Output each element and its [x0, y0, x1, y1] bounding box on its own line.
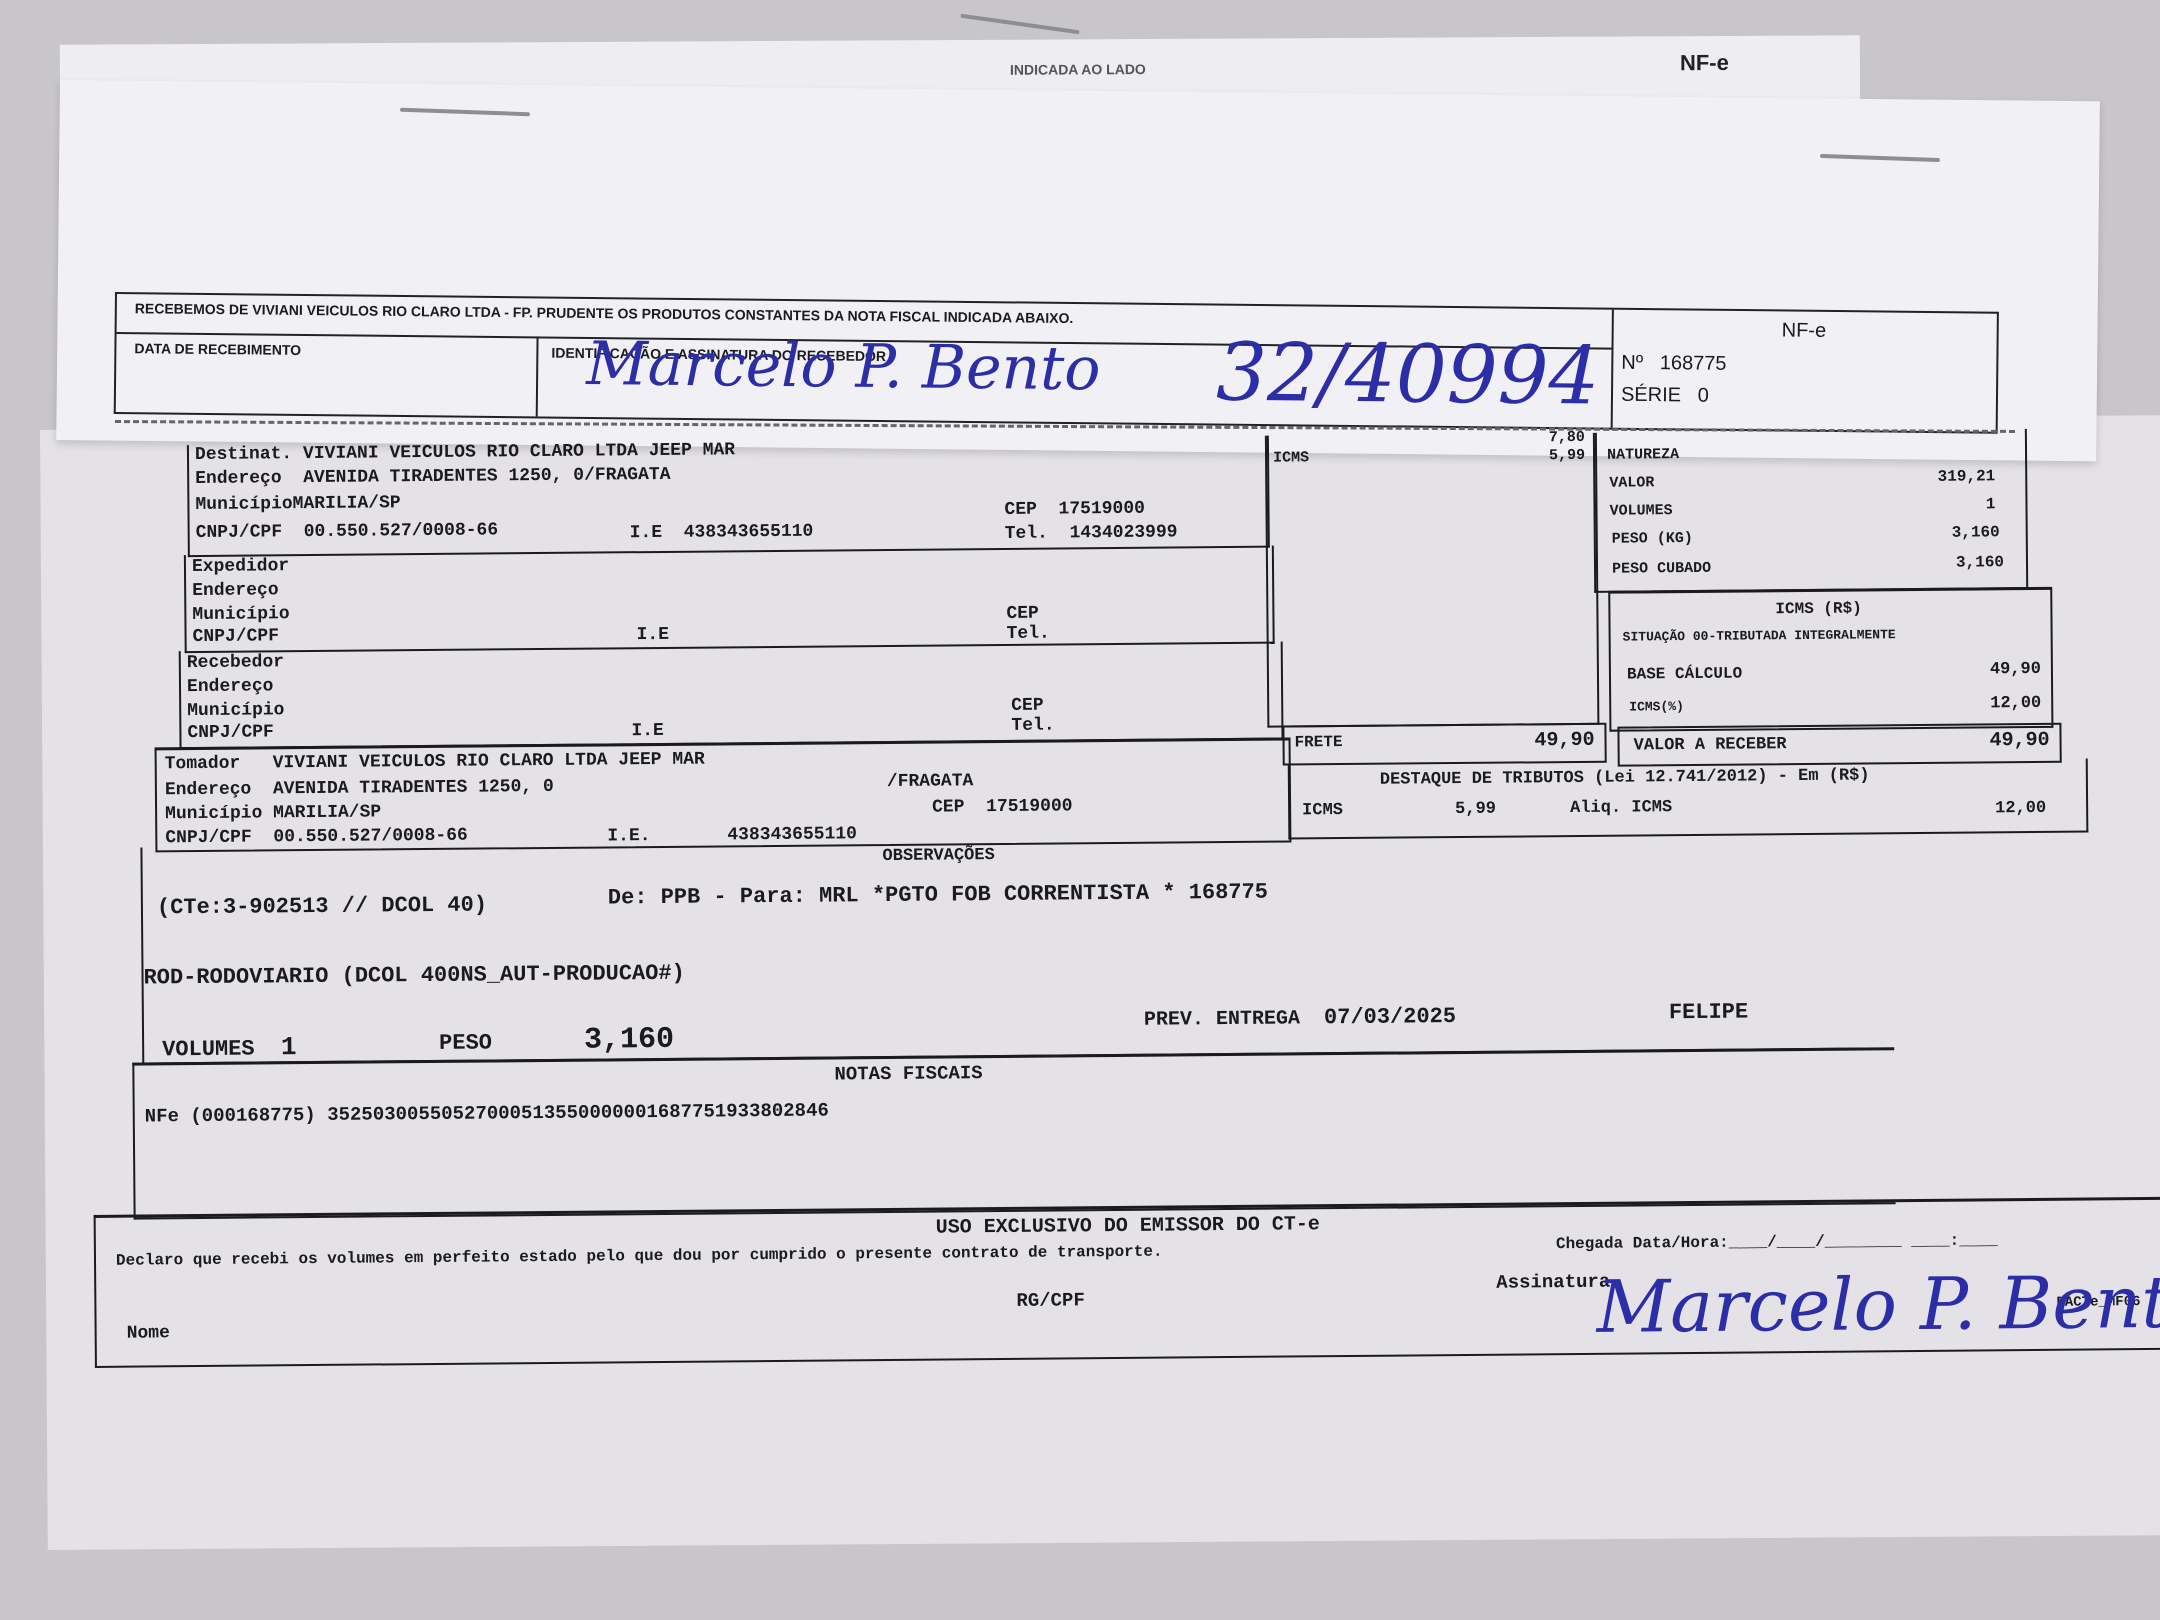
tomador-address-label: Endereço: [165, 780, 252, 801]
observacoes-cte-ref: (CTe:3-902513 // DCOL 40): [157, 893, 487, 921]
valor-receber-value: 49,90: [1989, 729, 2049, 753]
frete-label: FRETE: [1294, 733, 1342, 751]
prev-entrega-date: 07/03/2025: [1324, 1004, 1456, 1030]
destinatario-cnpj-label: CNPJ/CPF: [196, 522, 283, 543]
observacoes-title: OBSERVAÇÕES: [882, 846, 994, 866]
obs-peso-value: 3,160: [584, 1023, 674, 1058]
notas-fiscais-block: NOTAS FISCAIS NFe (000168775) 3525030055…: [132, 1047, 1895, 1219]
tomador-address: AVENIDA TIRADENTES 1250, 0: [273, 777, 554, 799]
tomador-cep: 17519000: [986, 796, 1073, 817]
carga-block: NATUREZA VALOR 319,21 VOLUMES 1 PESO (KG…: [1593, 429, 2028, 593]
destinatario-cep: 17519000: [1058, 499, 1145, 520]
base-calculo-label: BASE CÁLCULO: [1627, 665, 1742, 684]
name-label: Nome: [127, 1323, 170, 1343]
recebedor-address-label: Endereço: [187, 676, 274, 697]
expedidor-city-label: Município: [192, 604, 289, 625]
destinatario-address-label: Endereço: [195, 468, 282, 489]
icms-block: ICMS (R$) SITUAÇÃO 00-TRIBUTADA INTEGRAL…: [1608, 587, 2053, 732]
peso-cubado-value: 3,160: [1956, 553, 2004, 571]
base-calculo-value: 49,90: [1990, 660, 2041, 679]
expedidor-block: Expedidor Endereço Município CNPJ/CPF I.…: [184, 546, 1275, 654]
observacoes-block: OBSERVAÇÕES (CTe:3-902513 // DCOL 40) De…: [140, 832, 1864, 1064]
recebedor-block: Recebedor Endereço Município CNPJ/CPF I.…: [179, 642, 1284, 750]
uso-exclusivo-block: USO EXCLUSIVO DO EMISSOR DO CT-e Declaro…: [94, 1197, 2160, 1368]
valor-value: 319,21: [1938, 467, 1996, 486]
declaration-text: Declaro que recebi os volumes em perfeit…: [116, 1243, 1163, 1270]
destinatario-cep-label: CEP: [1004, 500, 1037, 520]
tomador-cnpj-label: CNPJ/CPF: [165, 828, 252, 849]
tomador-city-label: Município: [165, 803, 262, 824]
recebedor-tel-label: Tel.: [1011, 716, 1054, 736]
natureza-label: NATUREZA: [1607, 446, 1679, 464]
icms-situacao: SITUAÇÃO 00-TRIBUTADA INTEGRALMENTE: [1623, 627, 1896, 644]
peso-value: 3,160: [1952, 523, 2000, 541]
destinatario-block: Destinat. VIVIANI VEICULOS RIO CLARO LTD…: [187, 436, 1270, 557]
components-value: 5,99: [1549, 447, 1585, 464]
destinatario-tel: 1434023999: [1069, 522, 1177, 543]
recebedor-cnpj-label: CNPJ/CPF: [187, 722, 274, 743]
recebedor-ie-label: I.E: [631, 721, 664, 741]
tributos-title: DESTAQUE DE TRIBUTOS (Lei 12.741/2012) -…: [1380, 766, 1870, 789]
volumes-value: 1: [1986, 495, 1996, 513]
notas-fiscais-title: NOTAS FISCAIS: [834, 1062, 982, 1085]
obs-volumes-value: 1: [281, 1032, 297, 1062]
observacoes-route: De: PPB - Para: MRL *PGTO FOB CORRENTIST…: [608, 880, 1268, 911]
destinatario-ie-label: I.E: [630, 523, 663, 543]
components-icms-label: ICMS: [1273, 449, 1309, 466]
destinatario-name: VIVIANI VEICULOS RIO CLARO LTDA JEEP MAR: [303, 440, 735, 464]
destinatario-ie: 438343655110: [684, 522, 814, 543]
destinatario-label: Destinat.: [195, 444, 292, 465]
icms-pct-label: ICMS(%): [1629, 699, 1684, 714]
destinatario-address: AVENIDA TIRADENTES 1250, 0/FRAGATA: [303, 465, 670, 488]
arrival-blank-field: ____/____/________ ____:____: [1729, 1231, 1998, 1251]
obs-volumes-label: VOLUMES: [162, 1037, 255, 1063]
driver-name: FELIPE: [1669, 999, 1748, 1025]
nfe-entry: NFe (000168775) 352503005505270005135500…: [145, 1100, 829, 1128]
tomador-block: Tomador VIVIANI VEICULOS RIO CLARO LTDA …: [155, 737, 1292, 852]
volumes-label: VOLUMES: [1609, 502, 1672, 520]
valor-label: VALOR: [1609, 474, 1654, 491]
expedidor-cep-label: CEP: [1006, 604, 1039, 624]
tomador-city: MARILIA/SP: [273, 802, 381, 823]
tributos-aliq-value: 12,00: [1995, 799, 2046, 818]
tributos-aliq-label: Aliq. ICMS: [1570, 798, 1672, 818]
frete-row: FRETE 49,90: [1282, 723, 1606, 766]
tomador-name: VIVIANI VEICULOS RIO CLARO LTDA JEEP MAR: [273, 750, 705, 774]
frete-value: 49,90: [1534, 729, 1594, 753]
peso-cubado-label: PESO CUBADO: [1612, 560, 1711, 578]
valor-receber-label: VALOR A RECEBER: [1634, 735, 1787, 755]
tributos-icms-label: ICMS: [1302, 801, 1343, 820]
uso-exclusivo-title: USO EXCLUSIVO DO EMISSOR DO CT-e: [936, 1213, 1320, 1239]
arrival-label: Chegada Data/Hora:: [1556, 1234, 1729, 1254]
recebedor-city-label: Município: [187, 700, 284, 721]
destinatario-city-label: Município: [195, 494, 292, 515]
expedidor-cnpj-label: CNPJ/CPF: [192, 626, 279, 647]
destinatario-tel-label: Tel.: [1005, 524, 1048, 544]
icms-pct-value: 12,00: [1990, 694, 2041, 713]
expedidor-label: Expedidor: [192, 556, 289, 577]
icms-title: ICMS (R$): [1775, 599, 1862, 618]
tomador-district: /FRAGATA: [887, 771, 974, 792]
expedidor-address-label: Endereço: [192, 580, 279, 601]
expedidor-ie-label: I.E: [636, 625, 669, 645]
destinatario-cnpj: 00.550.527/0008-66: [304, 520, 499, 542]
peso-label: PESO (KG): [1612, 530, 1693, 548]
components-value: 7,80: [1549, 429, 1585, 446]
components-block: ICMS 7,80 5,99: [1265, 433, 1600, 728]
destinatario-city: MARILIA/SP: [293, 493, 401, 514]
tomador-cep-label: CEP: [932, 797, 965, 817]
expedidor-tel-label: Tel.: [1006, 624, 1049, 644]
tomador-label: Tomador: [165, 754, 241, 775]
obs-peso-label: PESO: [439, 1030, 492, 1055]
dacte-body: Destinat. VIVIANI VEICULOS RIO CLARO LTD…: [0, 0, 2160, 1620]
observacoes-modal: ROD-RODOVIARIO (DCOL 400NS_AUT-PRODUCAO#…: [143, 961, 684, 991]
tributos-block: DESTAQUE DE TRIBUTOS (Lei 12.741/2012) -…: [1288, 759, 2089, 840]
rg-cpf-label: RG/CPF: [1016, 1289, 1085, 1312]
tributos-icms-value: 5,99: [1455, 800, 1496, 819]
handwritten-signature: Marcelo P. Bento: [1596, 1259, 2160, 1348]
signature-label: Assinatura: [1496, 1271, 1610, 1294]
prev-entrega-label: PREV. ENTREGA: [1144, 1007, 1300, 1031]
recebedor-label: Recebedor: [187, 652, 284, 673]
recebedor-cep-label: CEP: [1011, 696, 1044, 716]
